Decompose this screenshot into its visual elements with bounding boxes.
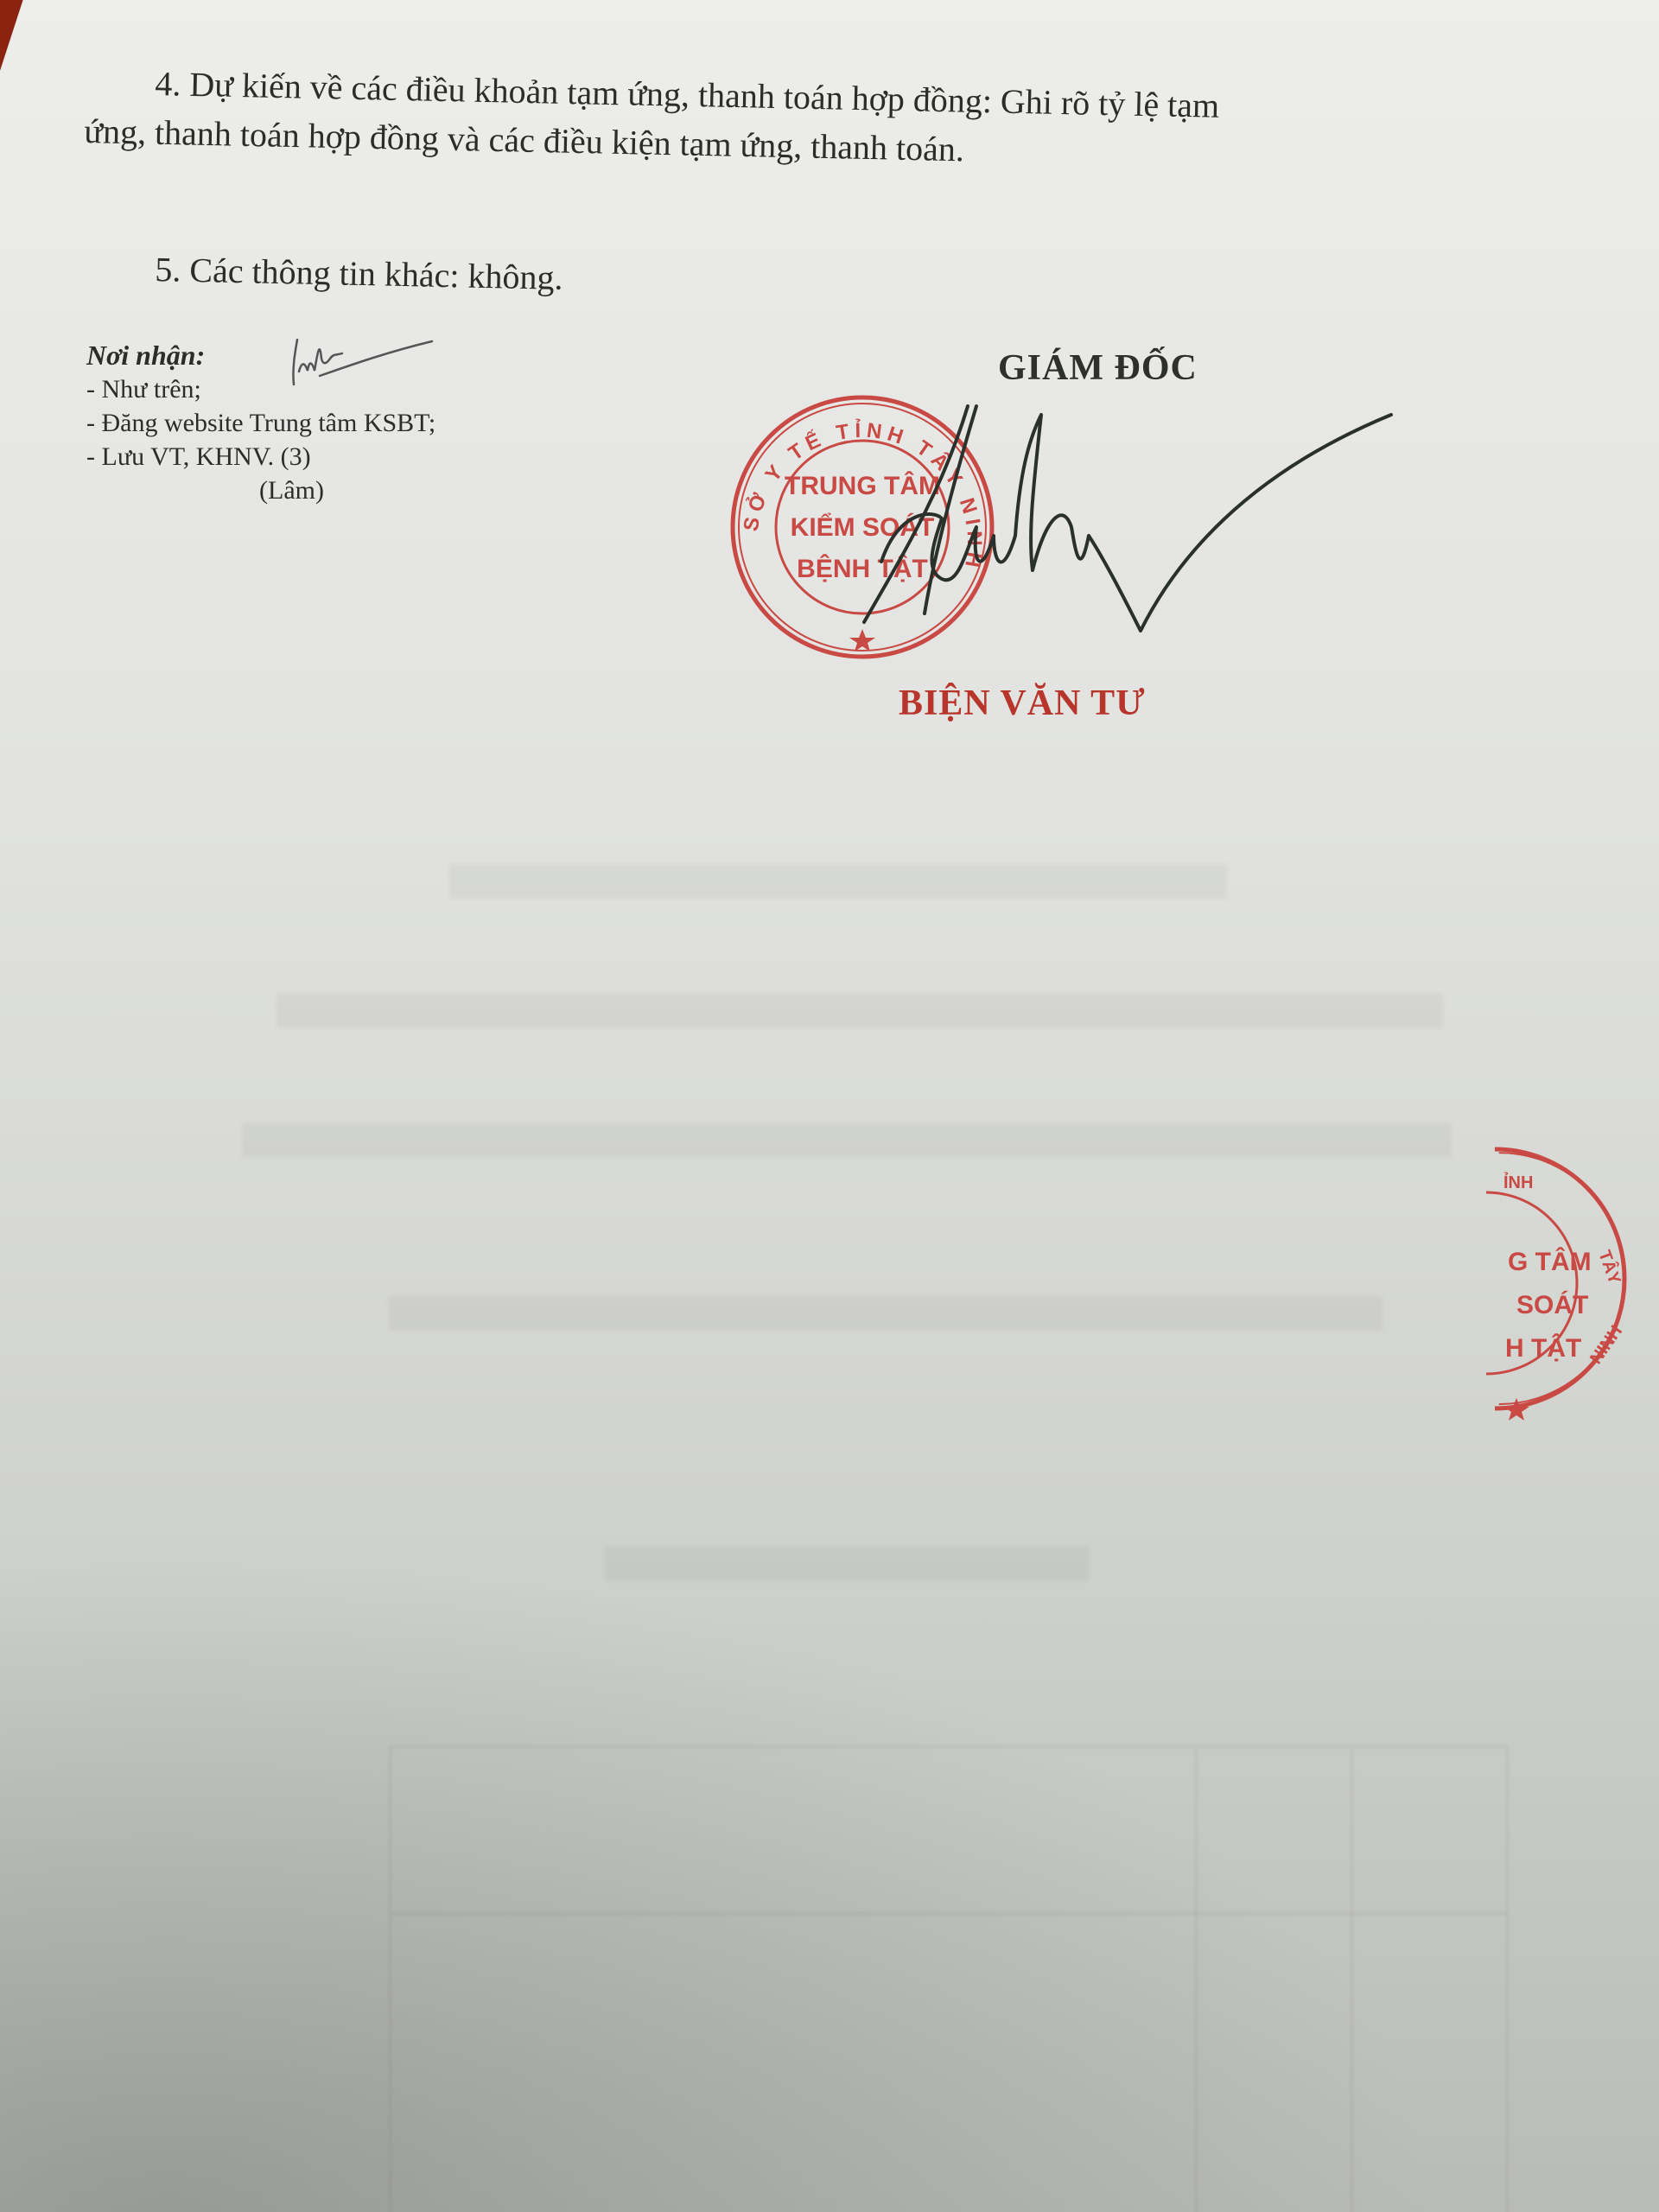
bleed-through-text — [242, 1123, 1452, 1158]
svg-text:SOÁT: SOÁT — [1516, 1290, 1588, 1319]
drafter-name: (Lâm) — [86, 474, 435, 507]
partial-stamp-icon: ỈNH TÂY NINH G TÂM SOÁT H TẬT — [1469, 1123, 1659, 1434]
bleed-through-text — [449, 864, 1227, 899]
director-signature-icon — [829, 389, 1400, 648]
recipient-item: - Lưu VT, KHNV. (3) — [86, 440, 435, 474]
svg-text:G TÂM: G TÂM — [1508, 1247, 1592, 1276]
signer-name: BIỆN VĂN TƯ — [899, 683, 1146, 724]
bleed-through-text — [389, 1296, 1382, 1331]
bleed-through-table — [389, 1745, 1509, 2212]
bleed-through-text — [605, 1547, 1089, 1581]
bleed-through-text — [276, 994, 1443, 1028]
section-5: 5. Các thông tin khác: không. — [155, 246, 563, 302]
recipient-item: - Đăng website Trung tâm KSBT; — [86, 406, 435, 440]
svg-text:ỈNH: ỈNH — [1503, 1173, 1533, 1192]
svg-text:H TẬT: H TẬT — [1505, 1333, 1581, 1363]
svg-text:NINH: NINH — [1586, 1322, 1626, 1368]
initials-signature-icon — [285, 333, 441, 393]
background-object — [0, 0, 23, 213]
position-title: GIÁM ĐỐC — [998, 347, 1198, 389]
document-page: 4. Dự kiến về các điều khoản tạm ứng, th… — [0, 0, 1659, 2212]
